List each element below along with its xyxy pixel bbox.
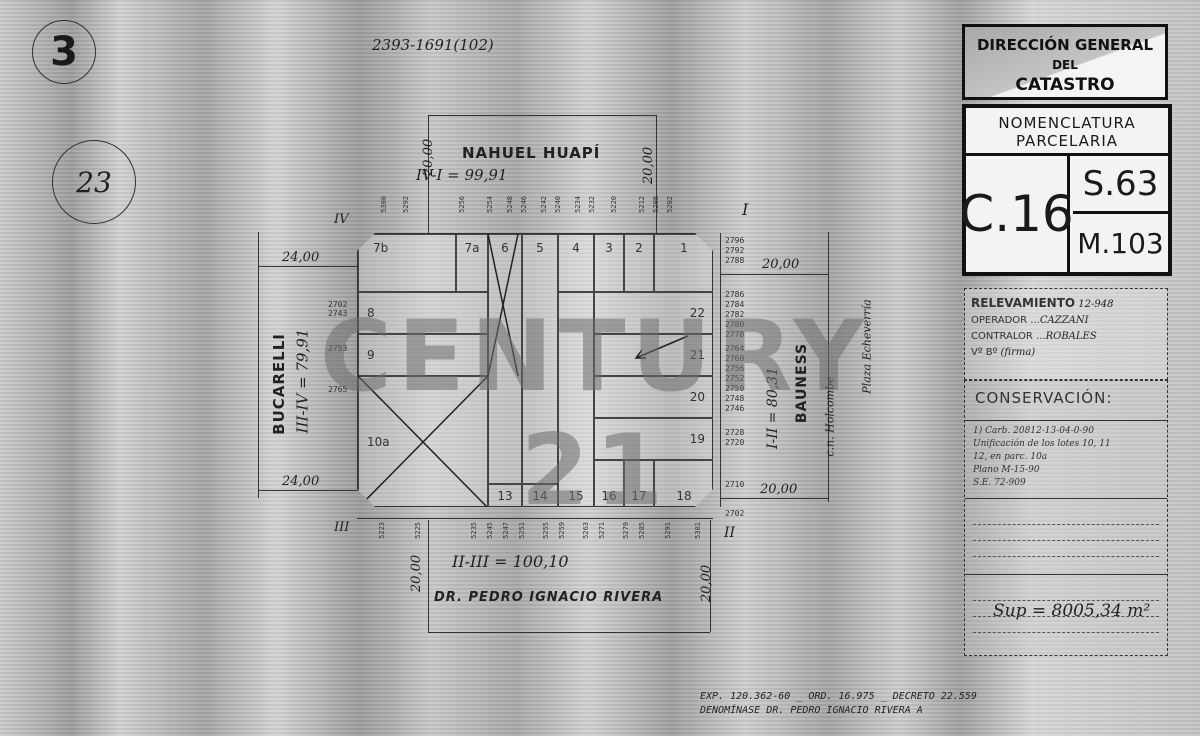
south-sidewalk-line	[357, 518, 713, 519]
door-numbers-east: 2786 2784 2782 2780 2778 2764 2760 2756 …	[725, 290, 744, 448]
block-number-circle: 23	[52, 140, 136, 224]
west-street-line	[258, 232, 259, 498]
street-south-name: DR. PEDRO IGNACIO RIVERA	[434, 590, 663, 605]
door-number-east-2710: 2710	[725, 480, 744, 489]
corner-IV: IV	[334, 212, 349, 227]
title-line-3: CATASTRO	[965, 75, 1165, 95]
street-north-width-right: 20,00	[641, 147, 656, 184]
relevamiento-label: RELEVAMIENTO	[971, 296, 1075, 310]
east-note-1: c.n. Holcombe	[824, 376, 837, 456]
street-east-measure: I-II = 80,31	[765, 367, 781, 449]
street-west-name: BUCARELLI	[270, 333, 288, 435]
corner-II: II	[724, 525, 735, 541]
east-note-2: Plaza Echeverría	[861, 299, 874, 393]
sheet-number-circle: 3	[32, 20, 96, 84]
east-street-line	[828, 232, 829, 502]
footer-line-1: EXP. 120.362-60 _ ORD. 16.975 _ DECRETO …	[700, 690, 977, 704]
door-number-east-2702: 2702	[725, 509, 744, 518]
strike-through-lines	[358, 234, 714, 508]
block-number: 23	[76, 166, 112, 199]
street-south-measure: II-III = 100,10	[452, 552, 569, 571]
door-numbers-north-left: 5300 5292	[380, 196, 410, 213]
manzana: M.103	[1073, 214, 1168, 272]
footer-line-2: DENOMÍNASE DR. PEDRO IGNACIO RIVERA A	[700, 704, 977, 718]
circunscripcion: C.16	[966, 156, 1070, 272]
nomenclatura-box: NOMENCLATURA PARCELARIA C.16 S.63 M.103	[962, 104, 1172, 276]
north-street-right-line	[656, 115, 657, 233]
east-street-top-dim	[720, 274, 828, 275]
street-south-width-left: 20,00	[409, 555, 424, 592]
street-east-width-bottom: 20,00	[760, 482, 797, 497]
footer-notes: EXP. 120.362-60 _ ORD. 16.975 _ DECRETO …	[700, 690, 977, 718]
title-block: DIRECCIÓN GENERAL DEL CATASTRO	[962, 24, 1168, 100]
title-line-1: DIRECCIÓN GENERAL	[965, 35, 1165, 55]
conservacion-title: CONSERVACIÓN:	[965, 381, 1167, 421]
corner-I: I	[742, 200, 748, 219]
sheet-number: 3	[50, 29, 78, 75]
relevamiento-box: RELEVAMIENTO 12-948 OPERADOR ...CAZZANI …	[964, 288, 1168, 380]
west-street-bottom-dim	[258, 490, 358, 491]
north-street-top-line	[428, 115, 656, 116]
door-numbers-north: 5256 5254 5248 5246 5242 5240 5234 5232 …	[458, 196, 674, 213]
street-east-width-top: 20,00	[762, 257, 799, 272]
east-sidewalk-line	[720, 233, 721, 507]
south-street-bottom-line	[428, 632, 710, 633]
superficie: Sup = 8005,34 m²	[993, 601, 1150, 621]
street-west-measure: III-IV = 79,91	[293, 329, 311, 434]
street-north-width-left: 20,00	[421, 139, 436, 176]
street-north-name: NAHUEL HUAPÍ	[462, 144, 600, 162]
door-numbers-west: 2702 2743 2753 2765	[328, 300, 347, 394]
corner-III: III	[334, 520, 349, 535]
west-street-top-dim	[258, 266, 358, 267]
conservacion-note: 1) Carb. 20812-13-04-0-90 Unificación de…	[965, 421, 1167, 499]
conservacion-box: CONSERVACIÓN: 1) Carb. 20812-13-04-0-90 …	[964, 380, 1168, 656]
title-line-2: DEL	[965, 55, 1165, 75]
door-numbers-south: 5223 5225 5235 5245 5247 5251 5255 5259 …	[378, 522, 702, 539]
street-west-width-top: 24,00	[282, 250, 319, 265]
east-street-bottom-dim	[720, 498, 828, 499]
nomenclatura-heading: NOMENCLATURA PARCELARIA	[966, 108, 1168, 156]
seccion: S.63	[1073, 156, 1168, 214]
street-west-width-bottom: 24,00	[282, 474, 319, 489]
conservacion-blank-1	[965, 499, 1167, 575]
door-numbers-east-top: 2796 2792 2788	[725, 236, 744, 266]
street-east-name: BAUNESS	[794, 343, 810, 423]
city-block: 7b 7a 6 5 4 3 2 1 8 9 10a 22 21 20 19 13…	[357, 233, 713, 507]
reference-top: 2393-1691(102)	[372, 36, 494, 54]
street-south-width-right: 20,00	[699, 565, 714, 602]
